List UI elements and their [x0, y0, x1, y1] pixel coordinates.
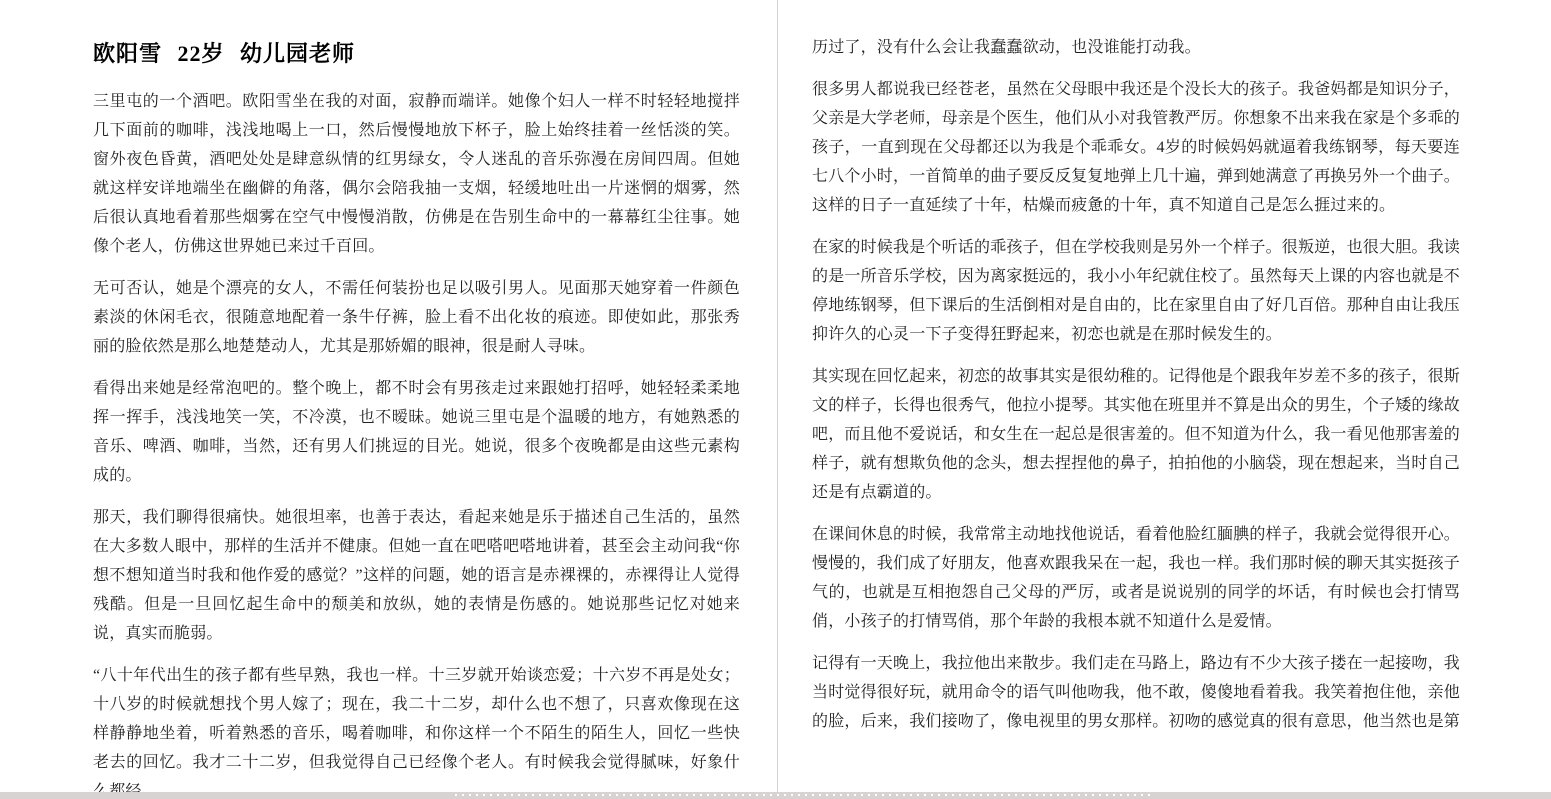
page-left: 欧阳雪 22岁 幼儿园老师 三里屯的一个酒吧。欧阳雪坐在我的对面，寂静而端详。她…	[0, 0, 777, 792]
reader-window: 欧阳雪 22岁 幼儿园老师 三里屯的一个酒吧。欧阳雪坐在我的对面，寂静而端详。她…	[0, 0, 1551, 799]
scrollbar-dots-texture	[455, 794, 1150, 796]
horizontal-scrollbar[interactable]	[0, 792, 1551, 799]
paragraph: 那天，我们聊得很痛快。她很坦率，也善于表达，看起来她是乐于描述自己生活的，虽然在…	[93, 503, 740, 648]
paragraph: 在家的时候我是个听话的乖孩子，但在学校我则是另外一个样子。很叛逆，也很大胆。我读…	[812, 233, 1460, 349]
paragraph: 其实现在回忆起来，初恋的故事其实是很幼稚的。记得他是个跟我年岁差不多的孩子，很斯…	[812, 362, 1460, 507]
page-right: 历过了，没有什么会让我蠢蠢欲动，也没谁能打动我。 很多男人都说我已经苍老，虽然在…	[778, 0, 1551, 792]
page-title: 欧阳雪 22岁 幼儿园老师	[93, 40, 740, 68]
paragraph: 无可否认，她是个漂亮的女人，不需任何装扮也足以吸引男人。见面那天她穿着一件颜色素…	[93, 274, 740, 361]
paragraph: 历过了，没有什么会让我蠢蠢欲动，也没谁能打动我。	[812, 33, 1460, 62]
paragraph: 看得出来她是经常泡吧的。整个晚上，都不时会有男孩走过来跟她打招呼，她轻轻柔柔地挥…	[93, 374, 740, 490]
paragraph: 很多男人都说我已经苍老，虽然在父母眼中我还是个没长大的孩子。我爸妈都是知识分子，…	[812, 75, 1460, 220]
paragraph: 三里屯的一个酒吧。欧阳雪坐在我的对面，寂静而端详。她像个妇人一样不时轻轻地搅拌几…	[93, 87, 740, 261]
paragraph: 记得有一天晚上，我拉他出来散步。我们走在马路上，路边有不少大孩子搂在一起接吻，我…	[812, 649, 1460, 736]
paragraph: “八十年代出生的孩子都有些早熟，我也一样。十三岁就开始谈恋爱；十六岁不再是处女；…	[93, 661, 740, 792]
paragraph: 在课间休息的时候，我常常主动地找他说话，看着他脸红腼腆的样子，我就会觉得很开心。…	[812, 520, 1460, 636]
